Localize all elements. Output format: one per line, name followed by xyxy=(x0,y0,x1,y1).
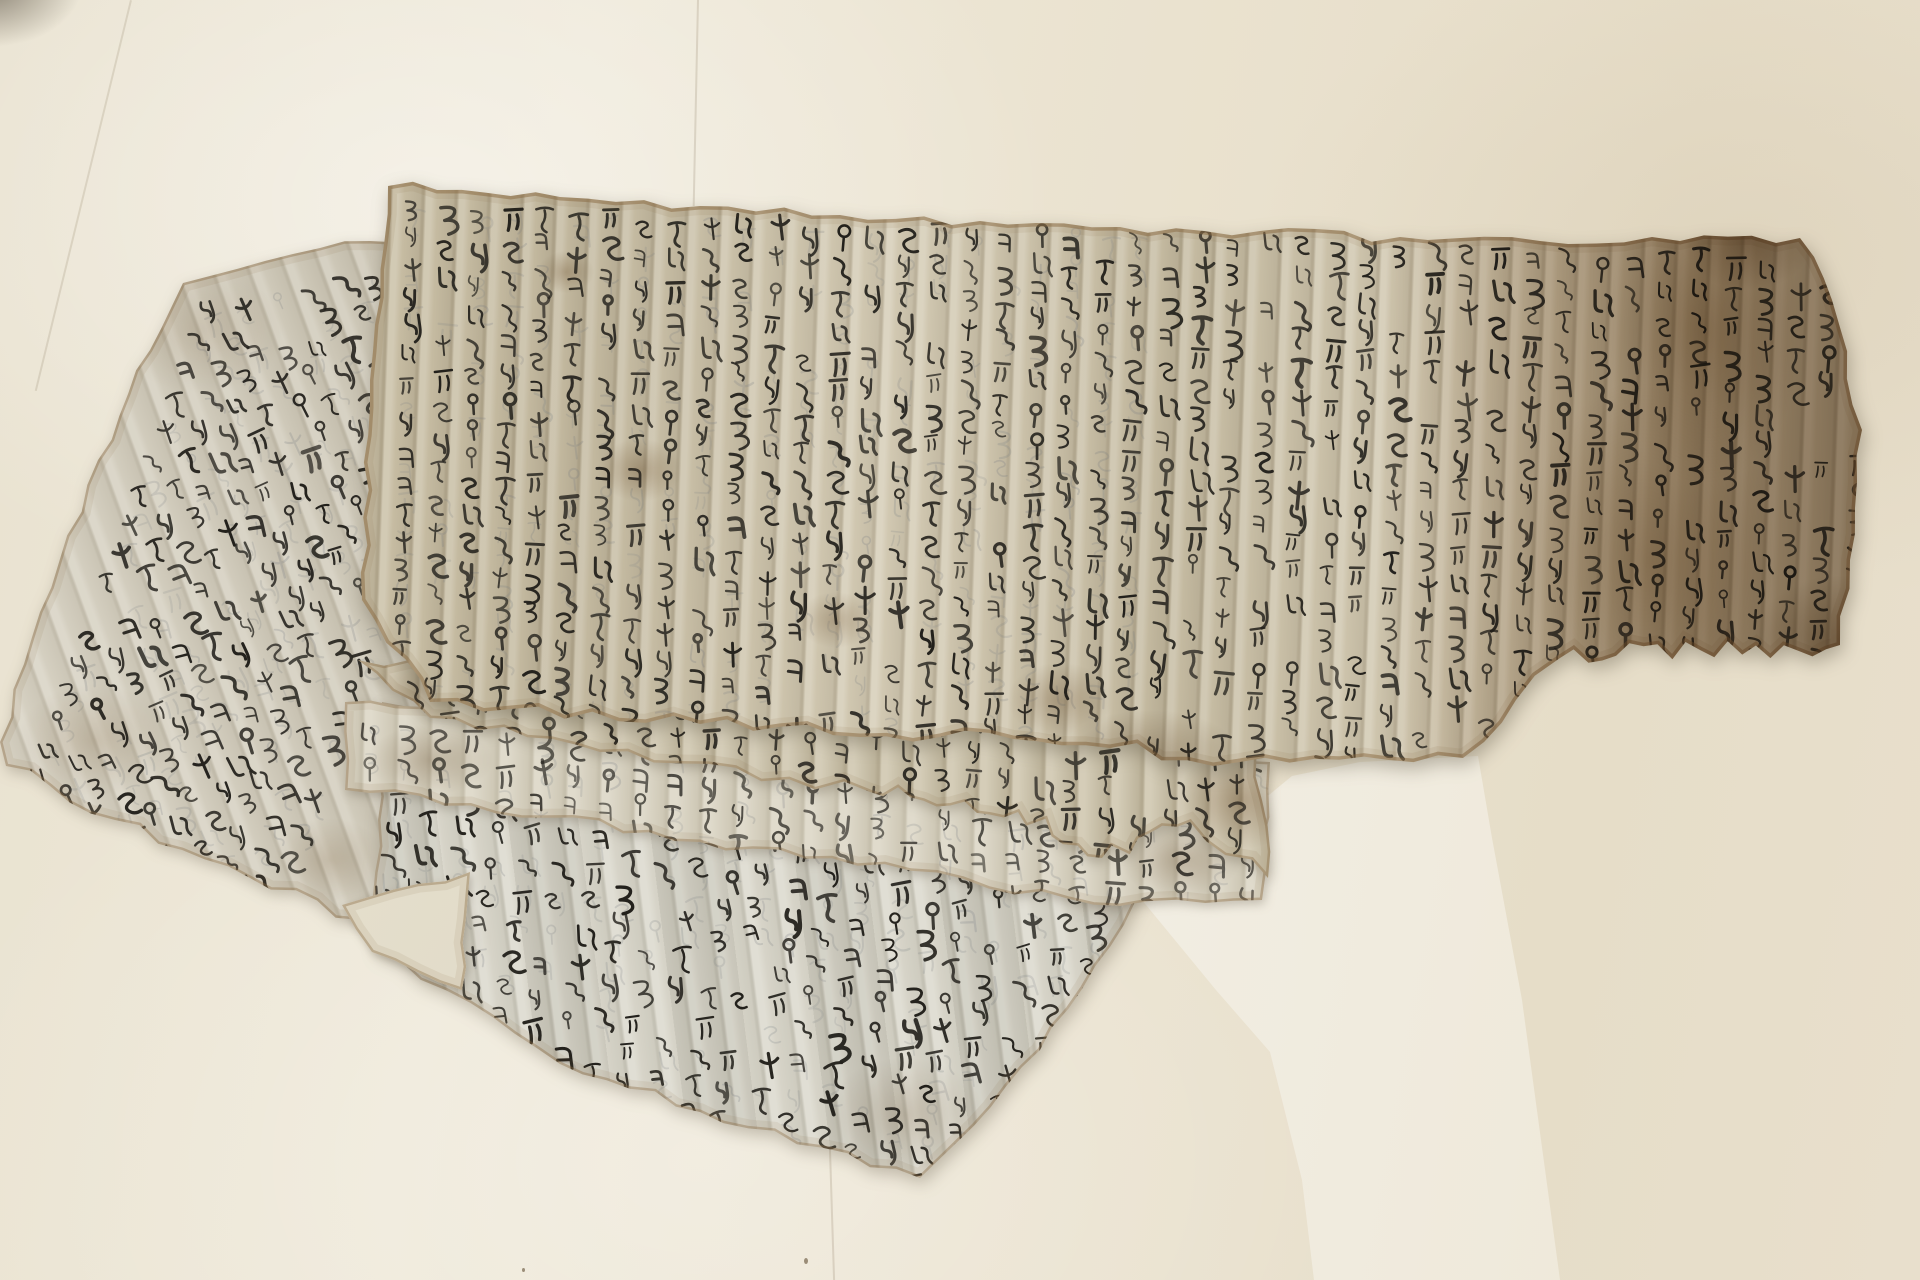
paper-speck xyxy=(804,1258,808,1264)
paper-speck xyxy=(522,1268,525,1272)
photo-scene: Antique Korean handwritten manuscript le… xyxy=(0,0,1920,1280)
backdrop-seam-diagonal xyxy=(35,0,132,391)
backdrop-seam-vertical-top xyxy=(693,0,699,206)
corner-shadow xyxy=(0,0,160,110)
backdrop-seam-vertical-bottom xyxy=(826,1055,835,1280)
backdrop xyxy=(0,0,1920,1280)
white-backing-sheet xyxy=(0,0,1920,1280)
